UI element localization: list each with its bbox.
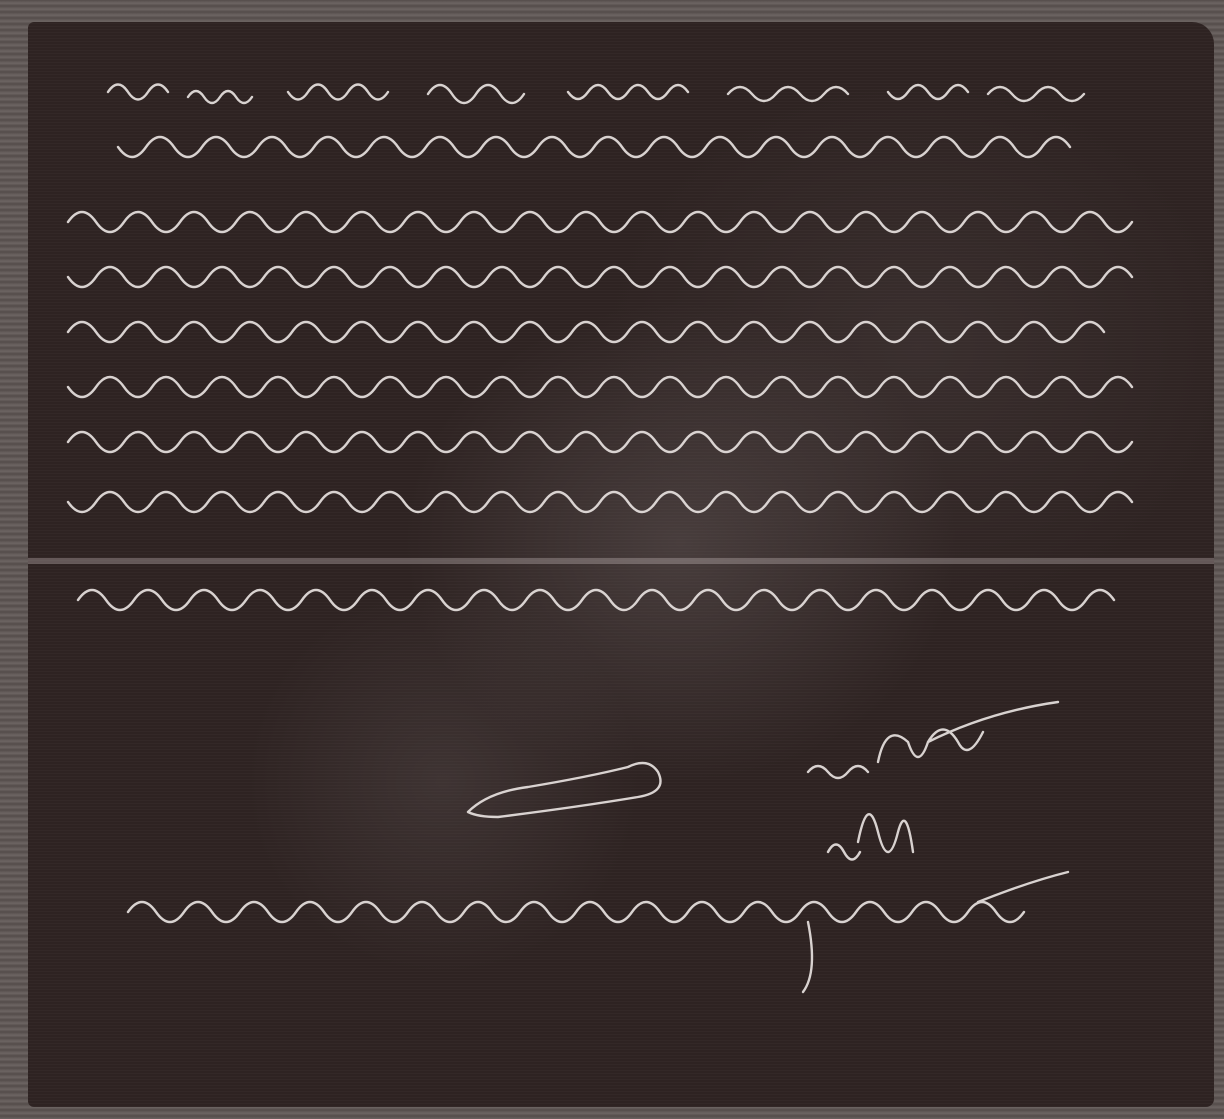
script-strokes (28, 22, 1214, 1107)
parabaik-page (28, 22, 1214, 1107)
image-description: Black folding-book page with handwritten… (0, 0, 1, 1)
